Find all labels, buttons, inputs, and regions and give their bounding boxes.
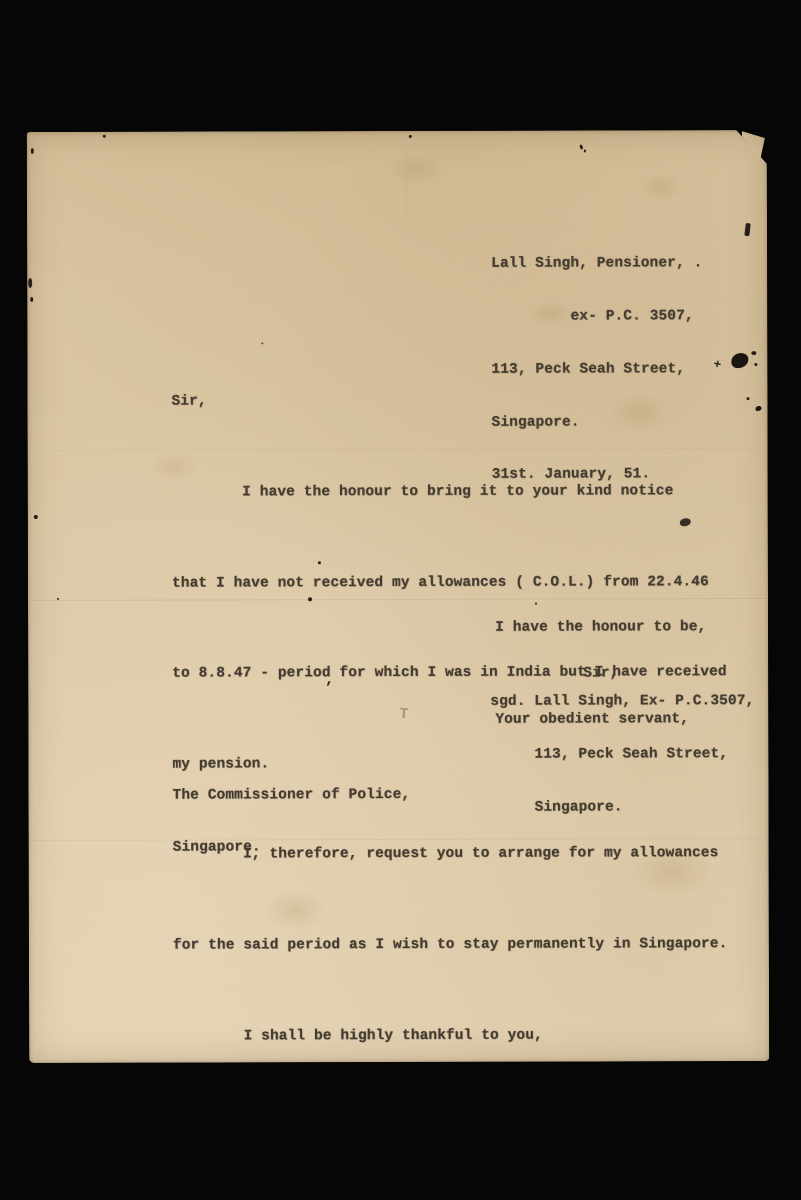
- edge-speck: [30, 297, 33, 302]
- addressee-line: The Commissioner of Police,: [173, 787, 411, 805]
- edge-speck: [31, 148, 34, 154]
- letter-paper: Lall Singh, Pensioner, . ex- P.C. 3507, …: [27, 130, 769, 1063]
- pencil-smudge-mark: T: [399, 707, 409, 723]
- body-line: for the said period as I wish to stay pe…: [173, 929, 728, 961]
- signature-line: 113, Peck Seah Street,: [490, 746, 754, 764]
- sender-line: Lall Singh, Pensioner, .: [491, 255, 702, 273]
- ink-blob: [731, 353, 748, 368]
- apostrophe-ink-mark: ’: [324, 681, 333, 696]
- edge-speck: [28, 278, 32, 288]
- ink-speck: [535, 603, 537, 605]
- body-line: I have the honour to bring it to your ki…: [172, 476, 727, 508]
- ink-speck: [579, 144, 584, 150]
- ink-speck: [751, 351, 756, 355]
- sender-line: ex- P.C. 3507,: [491, 308, 702, 326]
- salutation: Sir,: [171, 386, 726, 418]
- ink-speck: [261, 342, 263, 344]
- ink-speck: [308, 597, 312, 601]
- stain: [387, 153, 445, 185]
- stain: [639, 172, 683, 202]
- addressee-block: The Commissioner of Police, Singapore.: [172, 753, 410, 891]
- ink-speck: [318, 561, 321, 564]
- edge-speck: [34, 515, 38, 519]
- edge-speck: [103, 135, 106, 138]
- margin-ink-mark: [744, 223, 751, 237]
- signature-line: sgd. Lall Singh, Ex- P.C.3507,: [490, 693, 754, 711]
- signature-block: sgd. Lall Singh, Ex- P.C.3507, 113, Peck…: [490, 658, 755, 852]
- valediction-line: I have the honour to be,: [495, 621, 706, 637]
- signature-line: Singapore.: [491, 799, 755, 817]
- ink-speck: [57, 598, 59, 600]
- addressee-line: Singapore.: [173, 839, 411, 857]
- ink-speck: [584, 150, 586, 153]
- body-line: I shall be highly thankful to you,: [173, 1020, 728, 1052]
- ink-speck: [756, 406, 762, 411]
- edge-speck: [409, 135, 412, 138]
- ink-speck: [746, 397, 749, 400]
- ink-speck: [754, 363, 757, 366]
